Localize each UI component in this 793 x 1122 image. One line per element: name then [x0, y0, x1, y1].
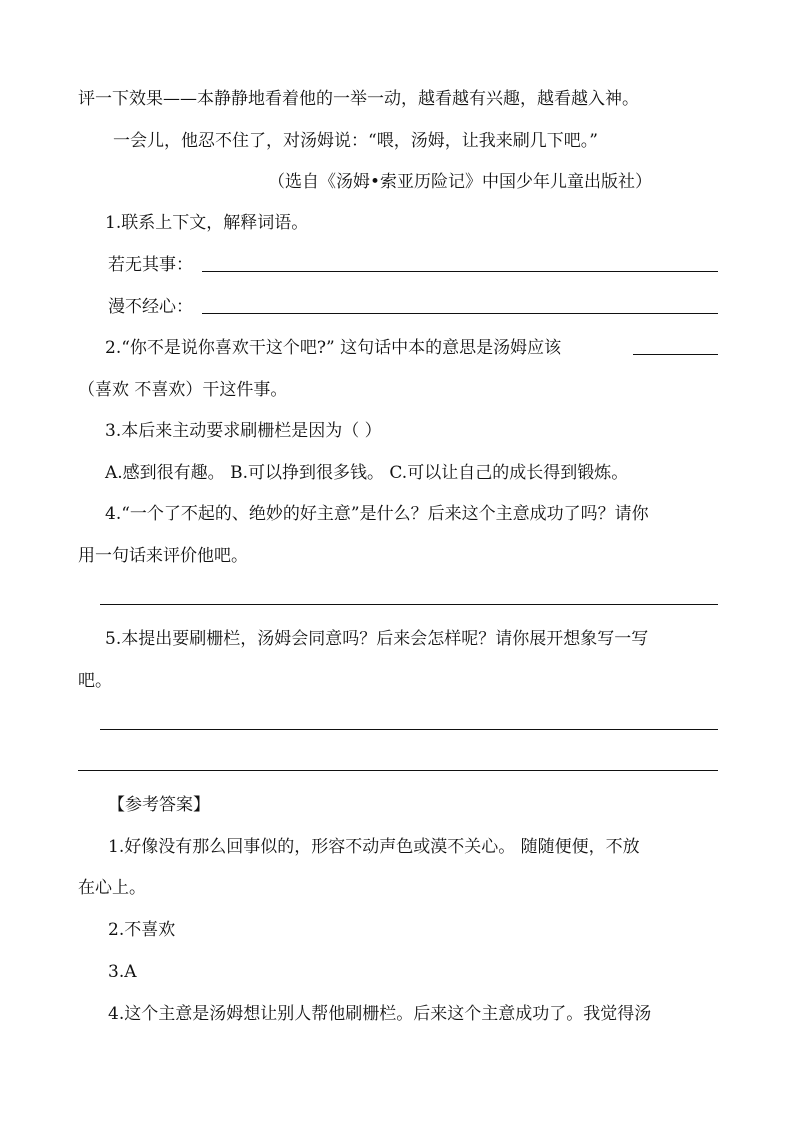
- passage-source: （选自《汤姆•索亚历险记》中国少年儿童出版社）: [268, 171, 652, 193]
- q1-term-1-label: 若无其事：: [108, 254, 193, 276]
- passage-line-1: 评一下效果——本静静地看着他的一举一动，越看越有兴趣，越看越入神。: [78, 88, 639, 110]
- answer-4-line-1: 4.这个主意是汤姆想让别人帮他刷栅栏。后来这个主意成功了。我觉得汤: [108, 1003, 651, 1025]
- q5-prompt-line-1: 5.本提出要刷栅栏，汤姆会同意吗？后来会怎样呢？请你展开想象写一写: [105, 628, 648, 650]
- answer-1-line-1: 1.好像没有那么回事似的，形容不动声色或漠不关心。 随随便便，不放: [108, 836, 640, 858]
- q3-prompt: 3.本后来主动要求刷栅栏是因为（ ）: [105, 420, 382, 442]
- q3-options: A.感到很有趣。 B.可以挣到很多钱。 C.可以让自己的成长得到锻炼。: [105, 462, 628, 484]
- q2-continuation: （喜欢 不喜欢）干这件事。: [78, 379, 287, 401]
- q4-prompt-line-1: 4.“一个了不起的、绝妙的好主意”是什么？后来这个主意成功了吗？请你: [105, 503, 649, 525]
- q5-answer-line-1[interactable]: [100, 729, 718, 730]
- answer-2: 2.不喜欢: [108, 919, 175, 941]
- q1-term-2-answer-line[interactable]: [202, 313, 718, 314]
- passage-line-2: 一会儿，他忍不住了，对汤姆说：“喂，汤姆，让我来刷几下吧。”: [113, 130, 598, 152]
- q1-term-2-label: 漫不经心：: [108, 296, 193, 318]
- q4-answer-line[interactable]: [100, 604, 718, 605]
- q2-answer-blank[interactable]: [633, 354, 718, 355]
- q4-prompt-line-2: 用一句话来评价他吧。: [78, 545, 248, 567]
- answers-heading: 【参考答案】: [108, 794, 210, 816]
- answer-1-line-2: 在心上。: [78, 877, 146, 899]
- q1-term-1-answer-line[interactable]: [202, 271, 718, 272]
- q5-prompt-line-2: 吧。: [78, 670, 112, 692]
- q1-prompt: 1.联系上下文，解释词语。: [105, 212, 308, 234]
- q5-answer-line-2[interactable]: [78, 770, 718, 771]
- answer-3: 3.A: [108, 961, 137, 983]
- q2-prompt: 2.“你不是说你喜欢干这个吧?” 这句话中本的意思是汤姆应该: [105, 337, 561, 359]
